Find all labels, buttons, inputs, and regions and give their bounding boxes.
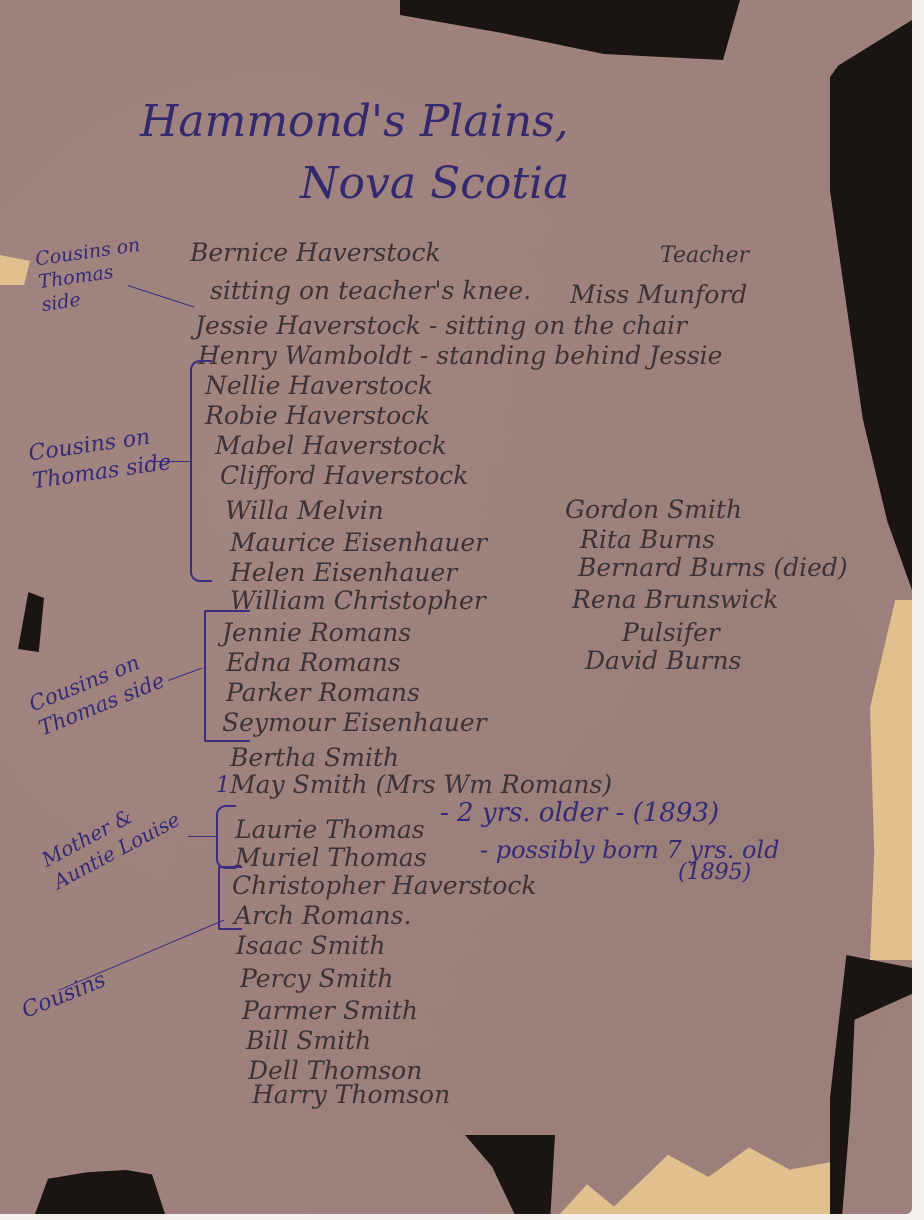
exposed-card-bottom [560, 1140, 830, 1214]
entry-clifford: Clifford Haverstock [220, 463, 468, 488]
torn-black-paper-right [830, 20, 912, 590]
entry-bernice: Bernice Haverstock [190, 240, 441, 265]
right-rena: Rena Brunswick [572, 587, 778, 612]
entry-edna: Edna Romans [226, 650, 401, 675]
entry-christopher: Christopher Haverstock [232, 873, 537, 898]
entry-henry: Henry Wamboldt - standing behind Jessie [198, 343, 722, 368]
entry-muriel: Muriel Thomas [235, 845, 427, 870]
entry-arch: Arch Romans. [234, 903, 411, 928]
title-line-1: Hammond's Plains, [140, 100, 569, 144]
annotation-cousins-4: Cousins [19, 969, 109, 1022]
entry-bertha: Bertha Smith [230, 745, 399, 770]
entry-laurie: Laurie Thomas [235, 817, 425, 842]
entry-william: William Christopher [230, 588, 486, 613]
may-marker: 1 [216, 775, 230, 797]
torn-black-paper-left [18, 592, 44, 652]
torn-black-paper-top [400, 0, 740, 60]
right-pulsifer: Pulsifer [622, 620, 720, 645]
entry-seymour: Seymour Eisenhauer [222, 710, 487, 735]
exposed-card-right [870, 600, 912, 960]
muriel-year: (1895) [678, 862, 751, 884]
arrow-line-3 [168, 668, 202, 681]
photo-back-card: Hammond's Plains, Nova Scotia Teacher Be… [0, 0, 912, 1214]
entry-harry: Harry Thomson [252, 1082, 450, 1107]
teacher-name: Miss Munford [570, 282, 747, 307]
entry-sitting-note: sitting on teacher's knee. [210, 278, 531, 303]
entry-jennie: Jennie Romans [222, 620, 411, 645]
title-line-2: Nova Scotia [300, 162, 569, 206]
entry-isaac: Isaac Smith [236, 933, 385, 958]
entry-percy: Percy Smith [240, 966, 394, 991]
arrow-line-4 [188, 836, 216, 837]
right-rita: Rita Burns [580, 527, 715, 552]
bracket-thomas-group [216, 805, 236, 869]
entry-parker: Parker Romans [226, 680, 420, 705]
laurie-note: - 2 yrs. older - (1893) [440, 800, 719, 826]
exposed-card-left [0, 255, 30, 285]
entry-helen: Helen Eisenhauer [230, 560, 457, 585]
right-david: David Burns [585, 648, 741, 673]
torn-black-paper-bottom-mid [465, 1135, 555, 1214]
entry-robie: Robie Haverstock [205, 403, 430, 428]
bracket-haverstock-group [190, 360, 212, 582]
arrow-line-5 [58, 920, 224, 991]
entry-parmer: Parmer Smith [242, 998, 418, 1023]
entry-may: May Smith (Mrs Wm Romans) [230, 772, 612, 797]
entry-mabel: Mabel Haverstock [215, 433, 447, 458]
annotation-mother-auntie: Mother & Auntie Louise [38, 775, 203, 894]
entry-jessie: Jessie Haverstock - sitting on the chair [195, 313, 687, 338]
entry-bill: Bill Smith [246, 1028, 371, 1053]
right-gordon: Gordon Smith [565, 497, 742, 522]
entry-willa: Willa Melvin [225, 498, 384, 523]
arrow-line-2 [150, 461, 192, 462]
teacher-label: Teacher [660, 245, 749, 267]
entry-nellie: Nellie Haverstock [205, 373, 433, 398]
torn-black-paper-bottom-right [830, 955, 912, 1214]
annotation-cousins-3: Cousins on Thomas side [25, 641, 174, 742]
bracket-romans-group [204, 610, 250, 742]
annotation-cousins-1: Cousins on Thomas side [34, 232, 162, 316]
right-bernard: Bernard Burns (died) [578, 555, 848, 580]
torn-black-paper-bottom-left [35, 1170, 165, 1214]
muriel-note: - possibly born 7 yrs. old [480, 838, 779, 862]
entry-maurice: Maurice Eisenhauer [230, 530, 487, 555]
annotation-cousins-2: Cousins on Thomas side [27, 420, 183, 495]
